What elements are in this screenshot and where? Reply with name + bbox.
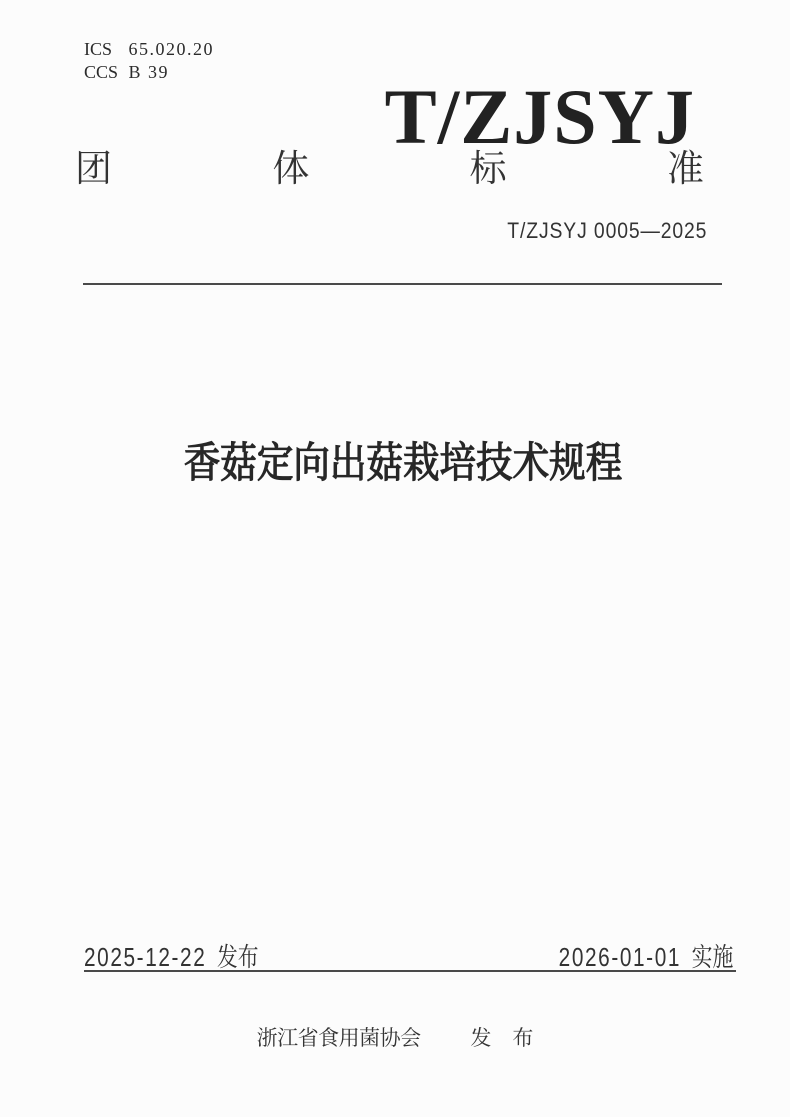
publish-action: 发 布 [470,1027,533,1050]
standard-number: T/ZJSYJ 0005—2025 [507,218,707,244]
issue-date-group: 2025-12-22 发布 [84,944,259,970]
dates-row: 2025-12-22 发布 2026-01-01 实施 [84,944,733,970]
standard-body-logo: T/ZJSYJ [385,78,695,156]
ics-label: ICS [84,38,124,61]
standard-type-char-2: 体 [272,150,309,187]
ccs-code: B 39 [129,62,170,82]
document-title: 香菇定向出菇栽培技术规程 [184,430,622,490]
ccs-label: CCS [84,61,124,84]
footer-rule [84,970,736,972]
issue-date: 2025-12-22 [84,942,206,972]
implement-date: 2026-01-01 [558,942,680,972]
implement-date-group: 2026-01-01 实施 [558,944,733,970]
standard-type-char-4: 准 [667,150,704,187]
publisher-name: 浙江省食用菌协会 [257,1027,421,1050]
header-rule [83,283,722,285]
publisher-row: 浙江省食用菌协会 发 布 [0,1022,790,1052]
issue-label: 发布 [217,942,259,972]
ics-line: ICS 65.020.20 [84,38,214,61]
ics-code: 65.020.20 [129,39,215,59]
standard-type-char-3: 标 [470,150,507,187]
standard-type-row: 团 体 标 准 [75,150,704,187]
standard-type-char-1: 团 [75,150,112,187]
standard-cover-page: ICS 65.020.20 CCS B 39 T/ZJSYJ 团 体 标 准 T… [0,0,790,1117]
ccs-line: CCS B 39 [84,61,214,84]
implement-label: 实施 [691,942,733,972]
title-row: 香菇定向出菇栽培技术规程 [0,430,790,490]
classification-codes: ICS 65.020.20 CCS B 39 [84,38,214,84]
